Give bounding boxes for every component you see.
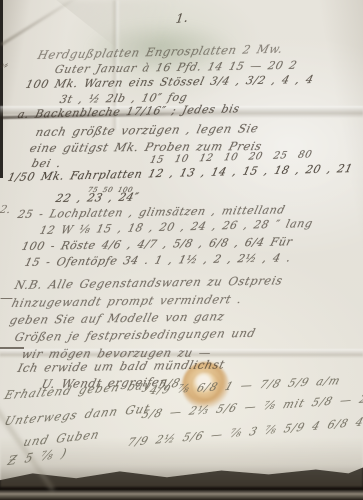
paper-left-edge <box>0 0 3 178</box>
letter-photo: 1. Herdgußplatten Engrosplatten 2 Mw. Gu… <box>0 0 363 500</box>
page-number: 1. <box>175 10 190 26</box>
margin-mark: ⸗⸗ <box>0 57 9 73</box>
table-edge <box>0 489 363 500</box>
fold-crease <box>0 347 24 349</box>
handwritten-line: bei . <box>30 157 63 170</box>
margin-mark: — <box>0 291 13 306</box>
handwritten-line: 22 , 23 , 24″ <box>54 191 140 206</box>
